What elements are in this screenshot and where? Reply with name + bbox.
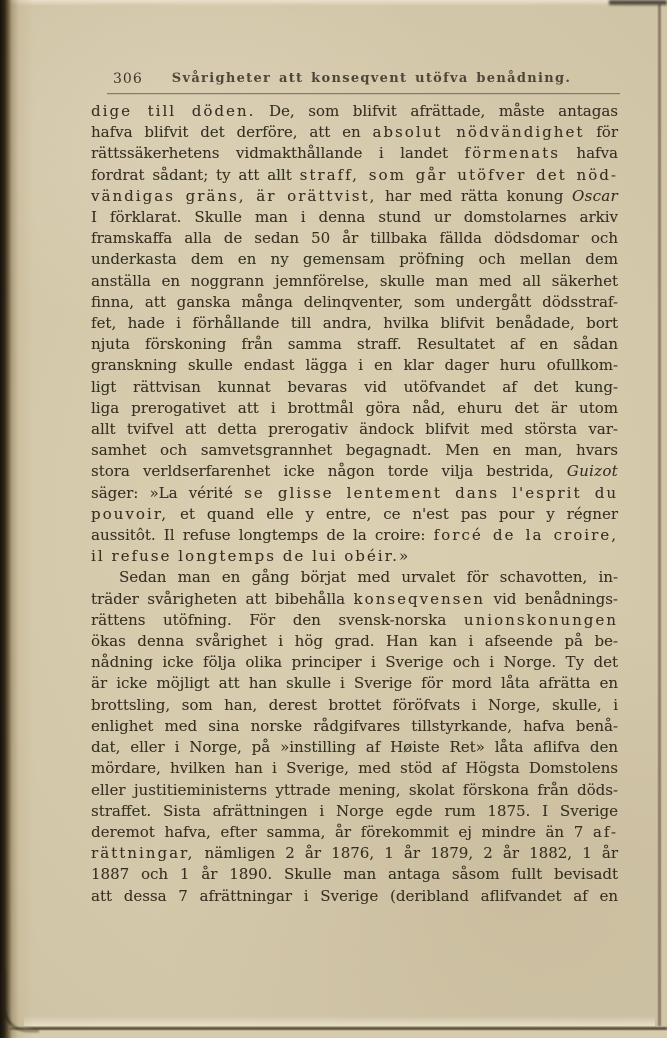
plain-text: mördare, hvilken han i Sverige, med stöd… (91, 759, 618, 777)
plain-text: nådning icke följa olika principer i Sve… (91, 653, 618, 671)
text-line: rättens utöfning. För den svensk-norska … (91, 610, 618, 631)
plain-text: rättssäkerhetens vidmakthållande i lande… (91, 144, 465, 162)
letterspaced-text: unionskonungen (464, 611, 618, 629)
plain-text: samhet och samvetsgrannhet begagnadt. Me… (91, 441, 618, 459)
plain-text: har med rätta konung (376, 187, 572, 205)
text-line: dat, eller i Norge, på »instilling af Hø… (91, 737, 618, 758)
text-line: deremot hafva, efter samma, år förekommi… (91, 822, 618, 843)
text-line: underkasta dem en ny gemensam pröfning o… (91, 249, 618, 270)
letterspaced-text: konseqvensen (353, 590, 485, 608)
running-title: Svårigheter att konseqvent utöfva benådn… (91, 71, 618, 86)
italic-text: Guizot (567, 462, 618, 480)
plain-text: nämligen 2 år 1876, 1 år 1879, 2 år 1882… (194, 844, 618, 862)
letterspaced-text: vändigas gräns, är orättvist, (91, 187, 376, 205)
plain-text: straffet. Sista afrättningen i Norge egd… (91, 802, 618, 820)
text-line: I förklarat. Skulle man i denna stund ur… (91, 207, 618, 228)
letterspaced-text: il refuse longtemps de lui obéir.» (91, 547, 410, 565)
plain-text: njuta förskoning från samma straff. Resu… (91, 335, 618, 353)
text-line: är icke möjligt att han skulle i Sverige… (91, 673, 618, 694)
text-line: säger: »La vérité se glisse lentement da… (91, 483, 618, 504)
text-line: ökas denna svårighet i hög grad. Han kan… (91, 631, 618, 652)
text-line: 1887 och 1 år 1890. Skulle man antaga så… (91, 864, 618, 885)
binding-shadow (0, 0, 36, 1038)
text-line: rättssäkerhetens vidmakthållande i lande… (91, 143, 618, 164)
text-line: allt tvifvel att detta prerogativ ändock… (91, 419, 618, 440)
plain-text: hafva (560, 144, 618, 162)
text-line: enlighet med sina norske rådgifvares til… (91, 716, 618, 737)
plain-text: finna, att ganska många delinqventer, so… (91, 293, 618, 311)
italic-text: Oscar (572, 187, 618, 205)
plain-text: framskaffa alla de sedan 50 år tillbaka … (91, 229, 618, 247)
plain-text: underkasta dem en ny gemensam pröfning o… (91, 250, 618, 268)
text-line: att dessa 7 afrättningar i Sverige (deri… (91, 886, 618, 907)
text-line: granskning skulle endast lägga i en klar… (91, 355, 618, 376)
text-line: finna, att ganska många delinqventer, so… (91, 292, 618, 313)
text-line: njuta förskoning från samma straff. Resu… (91, 334, 618, 355)
page-body: dige till döden. De, som blifvit afrätta… (91, 101, 618, 907)
letterspaced-text: dige till döden. (91, 102, 255, 120)
text-line: fet, hade i förhållande till andra, hvil… (91, 313, 618, 334)
text-line: liga prerogativet att i brottmål göra nå… (91, 398, 618, 419)
page-edge-right-outer (661, 0, 667, 1038)
plain-text: dat, eller i Norge, på »instilling af Hø… (91, 738, 618, 756)
letterspaced-text: af- (593, 823, 618, 841)
text-line: anställa en noggrann jemnförelse, skulle… (91, 271, 618, 292)
text-line: pouvoir, et quand elle y entre, ce n'est… (91, 504, 618, 525)
plain-text: stora verldserfarenhet icke någon torde … (91, 462, 567, 480)
page-edge-top (0, 0, 667, 6)
plain-text: aussitôt. Il refuse longtemps de la croi… (91, 526, 434, 544)
letterspaced-text: straff, som går utöfver det nöd- (300, 166, 618, 184)
page-edge-right (658, 4, 661, 1026)
letterspaced-text: forcé de la croire, (434, 526, 618, 544)
plain-text: I förklarat. Skulle man i denna stund ur… (91, 208, 618, 226)
plain-text: ökas denna svårighet i hög grad. Han kan… (91, 632, 618, 650)
text-line: vändigas gräns, är orättvist, har med rä… (91, 186, 618, 207)
text-line: il refuse longtemps de lui obéir.» (91, 546, 618, 567)
text-line: eller justitieministerns yttrade mening,… (91, 780, 618, 801)
plain-text: brottsling, som han, derest brottet förö… (91, 696, 618, 714)
plain-text: 1887 och 1 år 1890. Skulle man antaga så… (91, 865, 618, 883)
letterspaced-text: pouvoir, (91, 505, 168, 523)
plain-text: hafva blifvit det derföre, att en (91, 123, 372, 141)
plain-text: säger: »La vérité (91, 484, 244, 502)
text-line: ligt rättvisan kunnat bevaras vid utöfva… (91, 377, 618, 398)
page-edge-bottom (10, 1027, 667, 1030)
plain-text: granskning skulle endast lägga i en klar… (91, 356, 618, 374)
text-line: brottsling, som han, derest brottet förö… (91, 695, 618, 716)
plain-text: för (584, 123, 618, 141)
text-line: träder svårigheten att bibehålla konseqv… (91, 589, 618, 610)
letterspaced-text: förmenats (465, 144, 560, 162)
letterspaced-text: rättningar, (91, 844, 194, 862)
text-line: Sedan man en gång börjat med urvalet för… (91, 567, 618, 588)
plain-text: De, som blifvit afrättade, måste antagas (255, 102, 618, 120)
text-line: framskaffa alla de sedan 50 år tillbaka … (91, 228, 618, 249)
header-rule (107, 93, 620, 94)
letterspaced-text: absolut nödvändighet (372, 123, 584, 141)
plain-text: eller justitieministerns yttrade mening,… (91, 781, 618, 799)
plain-text: att dessa 7 afrättningar i Sverige (deri… (91, 887, 618, 905)
plain-text: träder svårigheten att bibehålla (91, 590, 353, 608)
plain-text: deremot hafva, efter samma, år förekommi… (91, 823, 593, 841)
plain-text: fet, hade i förhållande till andra, hvil… (91, 314, 618, 332)
page-edge-bottom-highlight (24, 1016, 655, 1026)
scanned-book-page: { "colors": { "paper": "#d9cdaf", "ink":… (0, 0, 667, 1038)
letterspaced-text: se glisse lentement dans l'esprit du (244, 484, 618, 502)
text-line: dige till döden. De, som blifvit afrätta… (91, 101, 618, 122)
text-line: straffet. Sista afrättningen i Norge egd… (91, 801, 618, 822)
plain-text: är icke möjligt att han skulle i Sverige… (91, 674, 618, 692)
text-line: fordrat sådant; ty att allt straff, som … (91, 165, 618, 186)
text-line: stora verldserfarenhet icke någon torde … (91, 461, 618, 482)
plain-text: enlighet med sina norske rådgifvares til… (91, 717, 618, 735)
plain-text: et quand elle y entre, ce n'est pas pour… (168, 505, 618, 523)
text-line: rättningar, nämligen 2 år 1876, 1 år 187… (91, 843, 618, 864)
scan-smudge-top-right (609, 0, 667, 5)
plain-text: vid benådnings- (485, 590, 618, 608)
text-line: samhet och samvetsgrannhet begagnadt. Me… (91, 440, 618, 461)
plain-text: rättens utöfning. För den svensk-norska (91, 611, 464, 629)
page-edge-bottom-outer (0, 1030, 667, 1038)
page-header: 306 Svårigheter att konseqvent utöfva be… (91, 71, 618, 86)
plain-text: anställa en noggrann jemnförelse, skulle… (91, 272, 618, 290)
plain-text: Sedan man en gång börjat med urvalet för… (119, 568, 618, 586)
plain-text: fordrat sådant; ty att allt (91, 166, 300, 184)
text-line: nådning icke följa olika principer i Sve… (91, 652, 618, 673)
plain-text: liga prerogativet att i brottmål göra nå… (91, 399, 618, 417)
text-line: aussitôt. Il refuse longtemps de la croi… (91, 525, 618, 546)
text-line: hafva blifvit det derföre, att en absolu… (91, 122, 618, 143)
plain-text: allt tvifvel att detta prerogativ ändock… (91, 420, 618, 438)
plain-text: ligt rättvisan kunnat bevaras vid utöfva… (91, 378, 618, 396)
text-line: mördare, hvilken han i Sverige, med stöd… (91, 758, 618, 779)
